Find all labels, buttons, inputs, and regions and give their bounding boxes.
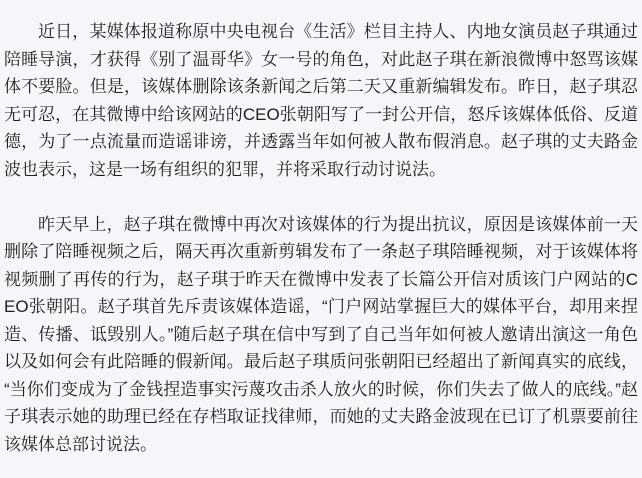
article-text: 近日，某媒体报道称原中央电视台《生活》栏目主持人、内地女演员赵子琪通过陪睡导演，… — [0, 0, 642, 478]
paragraph-2: 昨天早上，赵子琪在微博中再次对该媒体的行为提出抗议，原因是该媒体前一天删除了陪睡… — [4, 211, 638, 459]
paragraph-1: 近日，某媒体报道称原中央电视台《生活》栏目主持人、内地女演员赵子琪通过陪睡导演，… — [4, 18, 638, 183]
